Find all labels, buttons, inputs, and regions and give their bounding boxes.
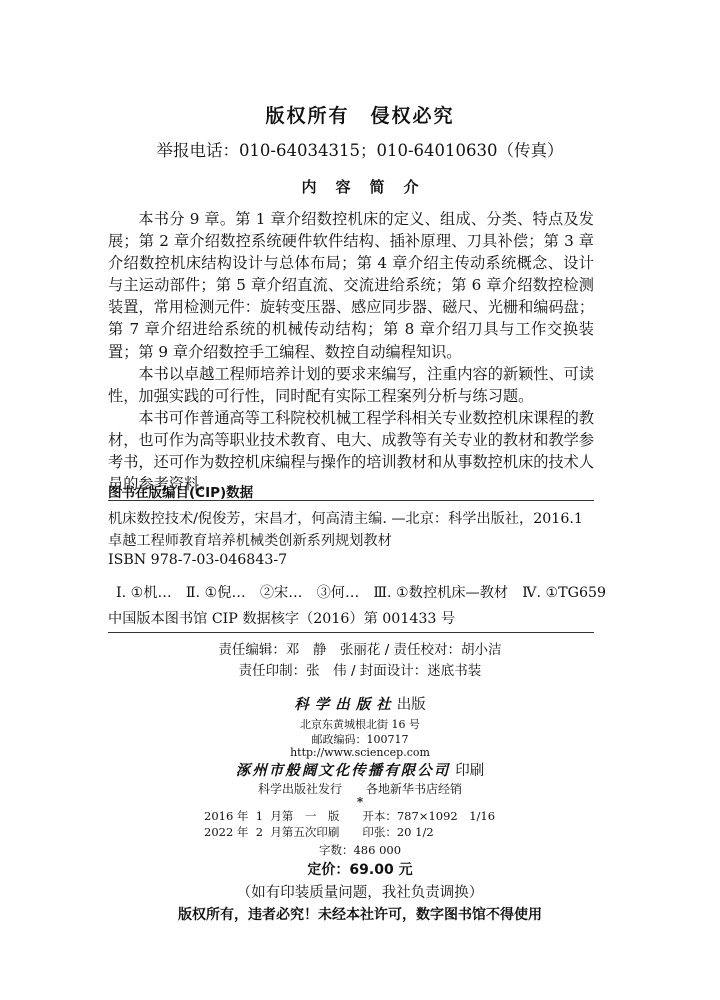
cip-top-divider [108,500,594,501]
edition-line: 2016 年 1 月第 一 版 开本：787×1092 1/16 [204,808,495,824]
publisher-line: 科学出版社出版 [0,693,720,714]
intro-body: 本书分 9 章。第 1 章介绍数控机床的定义、组成、分类、特点及发展；第 2 章… [108,208,594,495]
credits-printing-design: 责任印制：张 伟 / 封面设计：迷底书装 [0,659,720,679]
printer-suffix: 印刷 [455,763,484,779]
copyright-title: 版权所有 侵权必究 [0,101,720,128]
cip-title-line: 机床数控技术/倪俊芳，宋昌才，何高清主编. —北京：科学出版社，2016.1 [108,508,583,528]
intro-paragraph: 本书分 9 章。第 1 章介绍数控机床的定义、组成、分类、特点及发展；第 2 章… [108,208,594,363]
publisher-postcode: 邮政编码：100717 [0,731,720,747]
printer-name: 涿州市般阔文化传播有限公司 [236,762,451,779]
cip-record-line: 中国版本图书馆 CIP 数据核字（2016）第 001433 号 [108,608,455,628]
cip-classification-line: Ⅰ. ①机… Ⅱ. ①倪… ②宋… ③何… Ⅲ. ①数控机床—教材 Ⅳ. ①TG… [116,582,606,602]
publisher-url: http://www.sciencep.com [0,746,720,759]
rights-notice: 版权所有，违者必究！未经本社许可，数字图书馆不得使用 [0,904,720,924]
cip-isbn-line: ISBN 978-7-03-046843-7 [108,552,287,568]
printer-line: 涿州市般阔文化传播有限公司 印刷 [0,759,720,780]
cip-bottom-divider [108,632,594,633]
publisher-name: 科学出版社 [294,696,397,713]
price: 定价：69.00 元 [0,859,720,879]
printing-line: 2022 年 2 月第五次印刷 印张：20 1/2 [204,824,434,840]
quality-note: （如有印装质量问题，我社负责调换） [0,881,720,902]
intro-paragraph: 本书以卓越工程师培养计划的要求来编写，注重内容的新颖性、可读性，加强实践的可行性… [108,363,594,407]
publisher-suffix: 出版 [397,697,426,713]
publisher-address: 北京东黄城根北街 16 号 [0,716,720,732]
intro-heading: 内容简介 [0,176,720,197]
cip-series-line: 卓越工程师教育培养机械类创新系列规划教材 [108,530,392,550]
credits-editors: 责任编辑：邓 静 张丽花 / 责任校对：胡小洁 [0,638,720,658]
report-phone: 举报电话：010-64034315；010-64010630（传真） [0,137,720,161]
separator-asterisk: * [0,795,720,809]
cip-heading: 图书在版编目(CIP)数据 [108,481,253,501]
word-count: 字数：486 000 [0,842,720,858]
